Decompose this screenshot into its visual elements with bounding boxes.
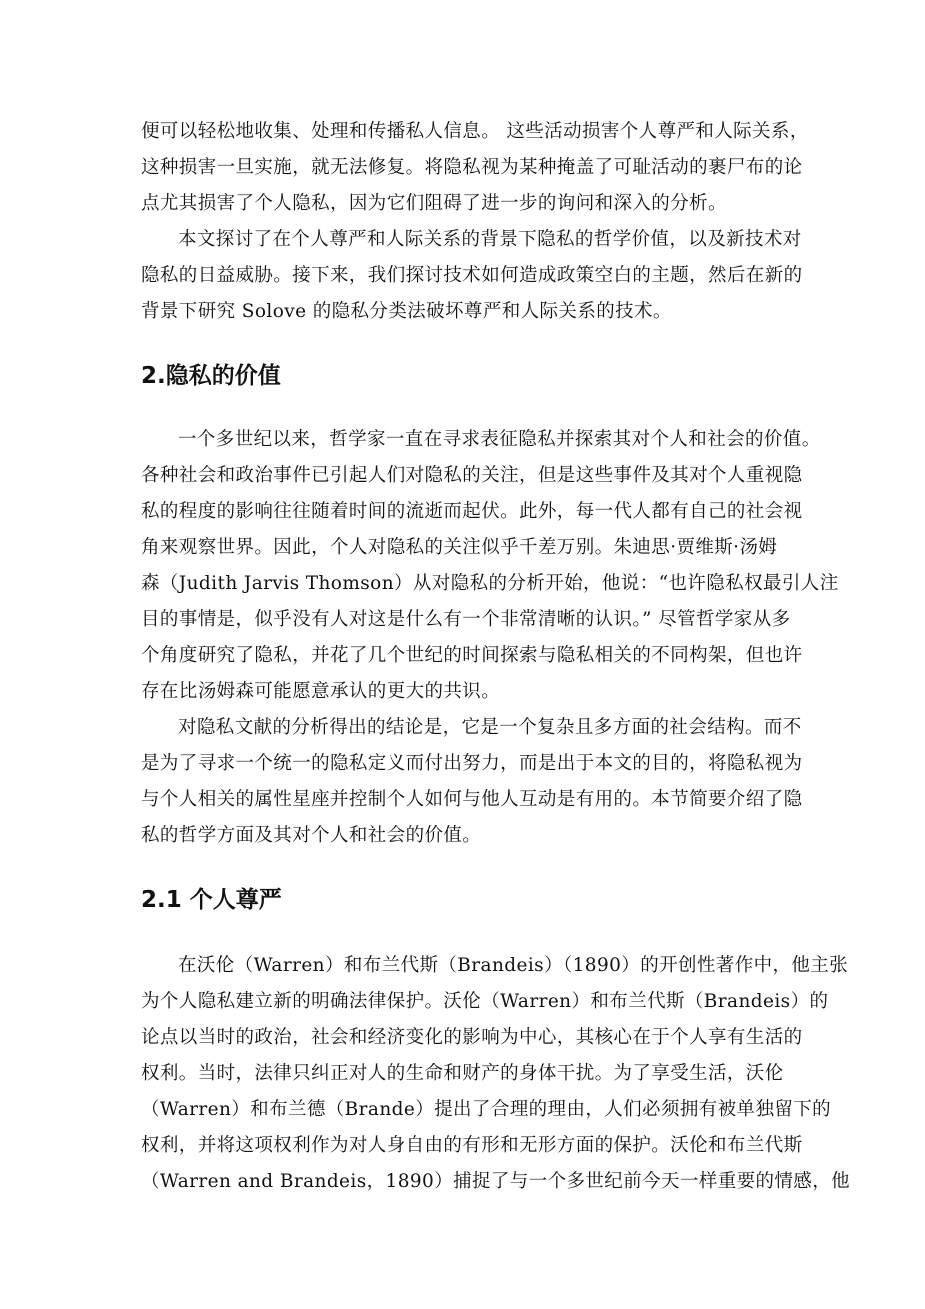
text-line: 一个多世纪以来，哲学家一直在寻求表征隐私并探索其对个人和社会的价值。 [178, 422, 821, 458]
text-line: 在沃伦（Warren）和布兰代斯（Brandeis）（1890）的开创性著作中，… [178, 948, 848, 984]
text-line: 论点以当时的政治，社会和经济变化的影响为中心，其核心在于个人享有生活的 [141, 1020, 803, 1056]
text-line: 权利，并将这项权利作为对人身自由的有形和无形方面的保护。沃伦和布兰代斯 [141, 1128, 803, 1164]
text-line: 是为了寻求一个统一的隐私定义而付出努力，而是出于本文的目的，将隐私视为 [141, 746, 803, 782]
text-line: （Warren and Brandeis，1890）捕捉了与一个多世纪前今天一样… [141, 1164, 850, 1200]
text-line: 个角度研究了隐私，并花了几个世纪的时间探索与隐私相关的不同构架，但也许 [141, 638, 803, 674]
text-line: 权利。当时，法律只纠正对人的生命和财产的身体干扰。为了享受生活，沃伦 [141, 1056, 784, 1092]
text-line: 背景下研究 Solove 的隐私分类法破坏尊严和人际关系的技术。 [141, 294, 672, 330]
text-line: 本文探讨了在个人尊严和人际关系的背景下隐私的哲学价值，以及新技术对 [178, 222, 802, 258]
text-line: 存在比汤姆森可能愿意承认的更大的共识。 [141, 674, 500, 710]
text-line: 隐私的日益威胁。接下来，我们探讨技术如何造成政策空白的主题，然后在新的 [141, 258, 803, 294]
text-line: 这种损害一旦实施，就无法修复。将隐私视为某种掩盖了可耻活动的裹尸布的论 [141, 150, 803, 186]
text-line: 私的程度的影响往往随着时间的流逝而起伏。此外，每一代人都有自己的社会视 [141, 494, 803, 530]
text-line: （Warren）和布兰德（Brande）提出了合理的理由，人们必须拥有被单独留下… [141, 1092, 831, 1128]
text-line: 角来观察世界。因此，个人对隐私的关注似乎千差万别。朱迪思·贾维斯·汤姆 [141, 530, 777, 566]
subsection-heading: 2.1 个人尊严 [141, 882, 282, 918]
text-line: 点尤其损害了个人隐私，因为它们阻碍了进一步的询问和深入的分析。 [141, 186, 727, 222]
text-line: 便可以轻松地收集、处理和传播私人信息。 这些活动损害个人尊严和人际关系， [141, 114, 809, 150]
text-line: 各种社会和政治事件已引起人们对隐私的关注，但是这些事件及其对个人重视隐 [141, 458, 803, 494]
section-heading: 2.隐私的价值 [141, 358, 281, 394]
text-line: 目的事情是，似乎没有人对这是什么有一个非常清晰的认识。” 尽管哲学家从多 [141, 602, 791, 638]
text-line: 私的哲学方面及其对个人和社会的价值。 [141, 818, 481, 854]
text-line: 森（Judith Jarvis Thomson）从对隐私的分析开始，他说：“也许… [141, 566, 839, 602]
text-line: 与个人相关的属性星座并控制个人如何与他人互动是有用的。本节简要介绍了隐 [141, 782, 803, 818]
text-line: 对隐私文献的分析得出的结论是，它是一个复杂且多方面的社会结构。而不 [178, 710, 802, 746]
text-line: 为个人隐私建立新的明确法律保护。沃伦（Warren）和布兰代斯（Brandeis… [141, 984, 828, 1020]
